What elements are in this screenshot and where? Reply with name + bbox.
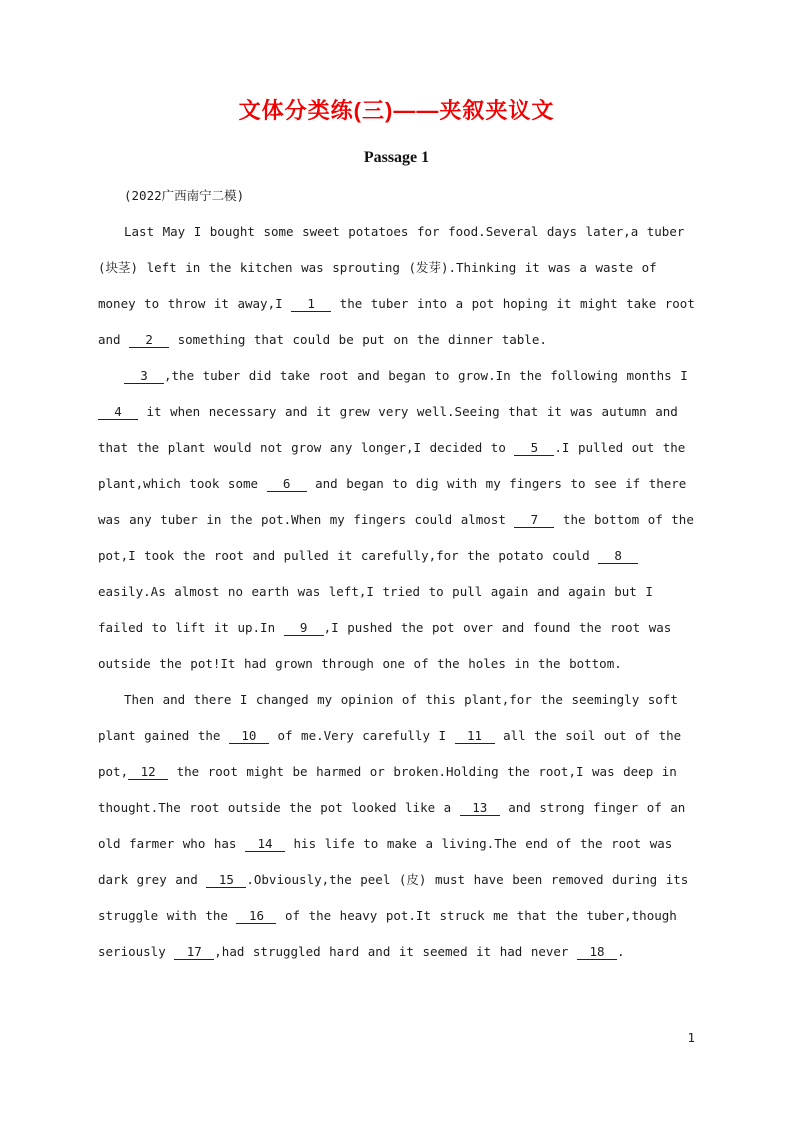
cloze-blank-12: 12 [128,764,168,780]
document-page: 文体分类练(三)——夹叙夹议文 Passage 1 (2022广西南宁二模) L… [0,0,793,1122]
passage-paragraph: Then and there I changed my opinion of t… [98,682,695,970]
page-number: 1 [687,1030,695,1046]
passage-heading: Passage 1 [98,148,695,168]
cloze-blank-2: 2 [129,332,169,348]
cloze-blank-14: 14 [245,836,285,852]
passage-paragraph: Last May I bought some sweet potatoes fo… [98,214,695,358]
passage-paragraph: 3,the tuber did take root and began to g… [98,358,695,682]
cloze-blank-1: 1 [291,296,331,312]
cloze-blank-15: 15 [206,872,246,888]
cloze-blank-6: 6 [267,476,307,492]
cloze-blank-16: 16 [236,908,276,924]
cloze-blank-18: 18 [577,944,617,960]
cloze-blank-5: 5 [514,440,554,456]
cloze-blank-9: 9 [284,620,324,636]
cloze-blank-17: 17 [174,944,214,960]
cloze-blank-7: 7 [514,512,554,528]
cloze-blank-3: 3 [124,368,164,384]
passage-body: Last May I bought some sweet potatoes fo… [98,214,695,970]
cloze-blank-10: 10 [229,728,269,744]
cloze-blank-8: 8 [598,548,638,564]
document-title: 文体分类练(三)——夹叙夹议文 [98,96,695,126]
exam-source: (2022广西南宁二模) [98,178,695,214]
cloze-blank-4: 4 [98,404,138,420]
cloze-blank-11: 11 [455,728,495,744]
cloze-blank-13: 13 [460,800,500,816]
